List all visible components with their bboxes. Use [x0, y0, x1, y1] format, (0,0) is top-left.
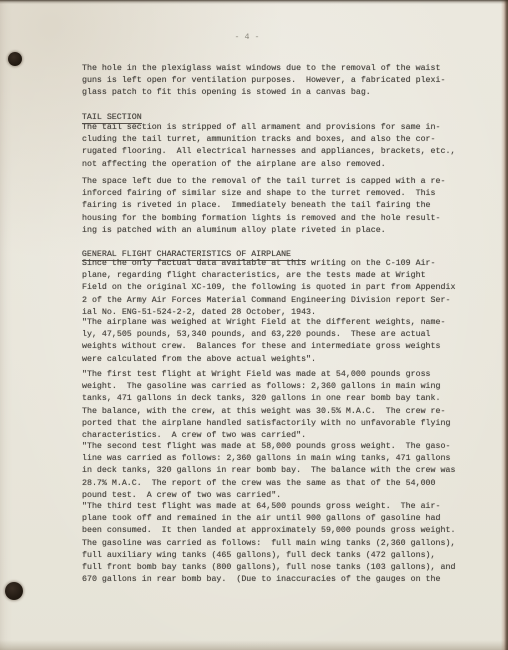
hole-punch-top — [8, 52, 22, 66]
paragraph-factual-data-source: Since the only factual data available at… — [82, 258, 455, 319]
paragraph-airplane-weighed: "The airplane was weighed at Wright Fiel… — [82, 317, 445, 366]
paragraph-third-test-flight: "The third test flight was made at 64,50… — [82, 501, 455, 586]
paragraph-first-test-flight: "The first test flight at Wright Field w… — [82, 369, 450, 442]
paragraph-second-test-flight: "The second test flight was made at 58,0… — [82, 441, 455, 502]
paragraph-tail-turret-fairing: The space left due to the removal of the… — [82, 176, 445, 237]
paragraph-tail-section-stripped: The tail section is stripped of all arma… — [82, 122, 455, 171]
page-number: - 4 - — [0, 33, 494, 43]
document-page: - 4 - The hole in the plexiglass waist w… — [0, 0, 508, 650]
paragraph-waist-windows: The hole in the plexiglass waist windows… — [82, 63, 445, 100]
hole-punch-bottom — [5, 582, 23, 600]
